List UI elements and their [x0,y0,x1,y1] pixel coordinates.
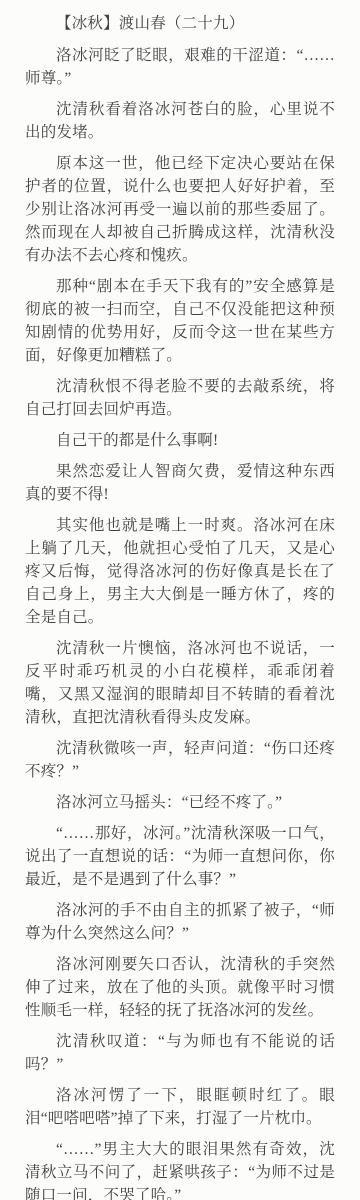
paragraph: 洛冰河刚要矢口否认，沈清秋的手突然伸了过来，放在了他的头顶。就像平时习惯性顺毛一… [25,953,335,1022]
paragraph: 果然恋爱让人智商欠费，爱情这种东西真的要不得! [25,460,335,506]
paragraph: 沈清秋微咳一声，轻声问道：“伤口还疼不疼？” [25,737,335,783]
paragraph-list: 洛冰河眨了眨眼，艰难的干涩道：“……师尊。”沈清秋看着洛冰河苍白的脸，心里说不出… [25,44,335,1200]
chapter-title: 【冰秋】渡山春（二十九） [25,12,335,35]
paragraph: 沈清秋恨不得老脸不要的去敲系统，将自己打回去回炉再造。 [25,375,335,421]
paragraph: 洛冰河眨了眨眼，艰难的干涩道：“……师尊。” [25,44,335,90]
paragraph: “……”男主大大的眼泪果然有奇效，沈清秋立马不问了，赶紧哄孩子：“为师不过是随口… [25,1138,335,1200]
paragraph: 沈清秋一片懊恼，洛冰河也不说话，一反平时乖巧机灵的小白花模样，乖乖闭着嘴，又黑又… [25,637,335,729]
paragraph: “……那好，冰河。”沈清秋深吸一口气，说出了一直想说的话：“为师一直想问你，你最… [25,822,335,891]
paragraph: 洛冰河的手不由自主的抓紧了被子，“师尊为什么突然这么问？” [25,899,335,945]
paragraph: 其实他也就是嘴上一时爽。洛冰河在床上躺了几天，他就担心受怕了几天，又是心疼又后悔… [25,514,335,629]
paragraph: 沈清秋看着洛冰河苍白的脸，心里说不出的发堵。 [25,98,335,144]
paragraph: 原本这一世，他已经下定决心要站在保护者的位置，说什么也要把人好好护着，至少别让洛… [25,152,335,267]
paragraph: 洛冰河愣了一下，眼眶顿时红了。眼泪“吧嗒吧嗒”掉了下来，打湿了一片枕巾。 [25,1084,335,1130]
reader-page: 【冰秋】渡山春（二十九） 洛冰河眨了眨眼，艰难的干涩道：“……师尊。”沈清秋看着… [0,0,360,1200]
paragraph: 自己干的都是什么事啊! [25,429,335,452]
paragraph: 沈清秋叹道：“与为师也有不能说的话吗？” [25,1030,335,1076]
paragraph: 洛冰河立马摇头：“已经不疼了。” [25,791,335,814]
paragraph: 那种“剧本在手天下我有的”安全感算是彻底的被一扫而空，自己不仅没能把这种预知剧情… [25,275,335,367]
